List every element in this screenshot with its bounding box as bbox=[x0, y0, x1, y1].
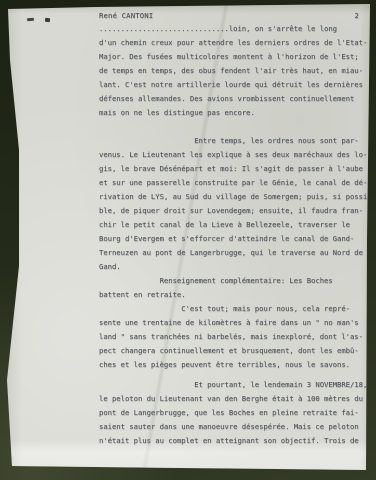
page-header: René CANTONI 2 bbox=[99, 11, 359, 20]
page-number: 2 bbox=[354, 11, 359, 20]
pencil-mark-left bbox=[27, 18, 34, 21]
author-name: René CANTONI bbox=[99, 11, 153, 20]
document-body: ..............................loin, on s… bbox=[99, 22, 371, 448]
paragraph-0: ..............................loin, on s… bbox=[99, 22, 371, 120]
scanner-background: René CANTONI 2 .........................… bbox=[0, 0, 376, 480]
document-page: René CANTONI 2 .........................… bbox=[0, 0, 376, 480]
pencil-mark-right bbox=[45, 18, 50, 23]
paragraph-1: Entre temps, les ordres nous sont par- v… bbox=[99, 134, 371, 302]
paragraph-3: Et pourtant, le lendemain 3 NOVEMBRE/18,… bbox=[99, 378, 371, 448]
paragraph-2: C'est tout; mais pour nous, cela repré- … bbox=[99, 302, 371, 372]
